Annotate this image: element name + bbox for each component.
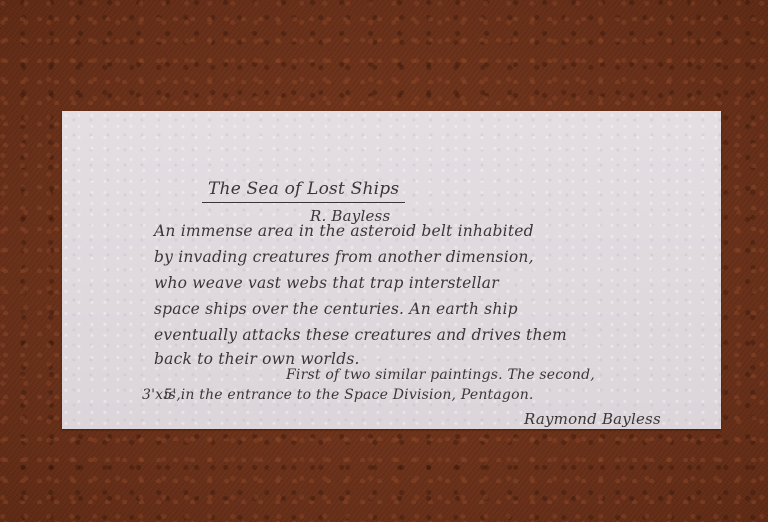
footnote-line: is in the entrance to the Space Division… — [164, 387, 534, 403]
note-line: by invading creatures from another dimen… — [154, 248, 534, 266]
signature: Raymond Bayless — [524, 410, 661, 428]
note-line: who weave vast webs that trap interstell… — [154, 274, 499, 292]
footnote-line: First of two similar paintings. The seco… — [286, 367, 595, 383]
note-line: space ships over the centuries. An earth… — [154, 300, 518, 318]
note-line: back to their own worlds. — [154, 350, 360, 368]
note-line: eventually attacks these creatures and d… — [154, 326, 567, 344]
note-card: The Sea of Lost Ships R. Bayless An imme… — [62, 111, 721, 429]
note-line: An immense area in the asteroid belt inh… — [154, 222, 534, 240]
note-title: The Sea of Lost Ships — [202, 179, 405, 203]
